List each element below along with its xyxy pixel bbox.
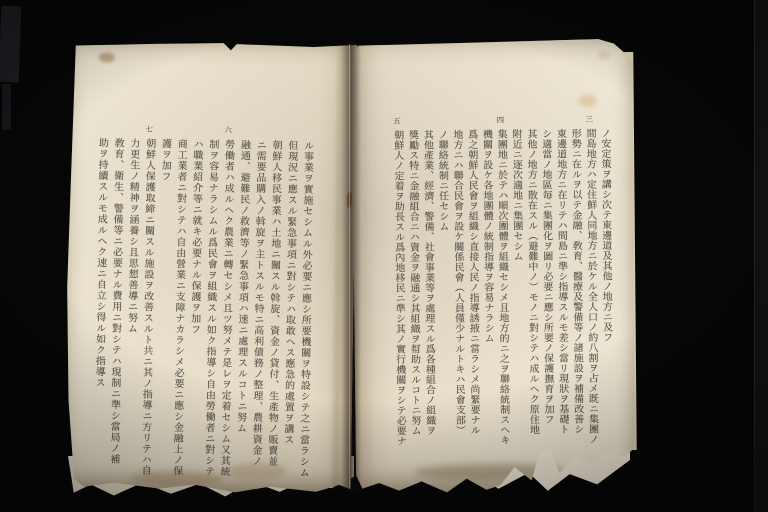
ink-stain <box>99 52 115 62</box>
column-text: ノ安定策ヲ講シ次テ東邊道及其他ノ地方ニ及フ <box>599 128 612 342</box>
text-column: 附近ニ逐次適地ニ集團セシム <box>510 116 523 445</box>
text-column: ノ安定策ヲ講シ次テ東邊道及其他ノ地方ニ及フ <box>599 115 612 444</box>
text-column: 護ヲ加フ <box>155 125 170 476</box>
book-photo: ル事業ヲ實施セシムル外必要ニ應シ所要機關ヲ特設シテ之ニ當ラシム但現況ニ應スル緊急… <box>0 0 768 512</box>
text-column: シ適當ノ地區毎ニ集團化ヲ圖リ必要ニ應シ所要ノ保護撫育ヲ加フ <box>540 116 553 445</box>
column-text: 制ヲ容易ナラシムル爲民會ヲ組織スル如ク指導シ自由勞働者ニ對シテ <box>202 139 218 477</box>
item-number-marker: 三 <box>585 115 593 123</box>
left-page: ル事業ヲ實施セシムル外必要ニ應シ所要機關ヲ特設シテ之ニ當ラシム但現況ニ應スル緊急… <box>61 40 357 494</box>
text-column: 其他產業、經濟、警備、社會事業等ヲ處理スル爲各種組合ノ組織ヲ <box>421 117 434 446</box>
text-column: 獎勵ス特ニ金融組合ニハ資金ヲ融通シ其組織ヲ幇助スルコトニ努ム <box>406 117 419 446</box>
background-frame-glint <box>0 6 21 83</box>
text-column: 機關ヲ設ケ各地團體ノ統制指導ヲ容易ナラシム <box>480 116 493 445</box>
column-text: ル事業ヲ實施セシムル外必要ニ應シ所要機關ヲ特設シテ之ニ當ラシム <box>297 140 313 478</box>
column-text: 朝鮮人移民事業ハ土地ニ關スル斡旋、資金ノ貸付、生產物ノ販賣並 <box>266 140 282 467</box>
column-text: 商工業者ニ對シテハ自由營業ニ支障ナカラシメ必要ニ應シ金融上ノ保 <box>171 139 187 477</box>
column-text: ニ需要品購入ノ斡旋ヲ主トスルモ特ニ高利債務ノ整理、農耕資金ノ <box>250 140 266 467</box>
column-text: 附近ニ逐次適地ニ集團セシム <box>510 129 522 262</box>
column-text: 機關ヲ設ケ各地團體ノ統制指導ヲ容易ナラシム <box>480 129 493 343</box>
column-text: 間島地方ハ定住鮮人同地方ニ於ケル全人口ノ約八割ヲ占メ既ニ集團ノ <box>584 128 598 444</box>
text-column: 三間島地方ハ定住鮮人同地方ニ於ケル全人口ノ約八割ヲ占メ既ニ集團ノ <box>584 115 597 444</box>
fold-crease <box>332 44 345 494</box>
column-text: 獎勵ス特ニ金融組合ニハ資金ヲ融通シ其組織ヲ幇助スルコトニ努ム <box>406 130 420 436</box>
column-text: 敎育、衛生、警備等ニ必要ナル費用ニ對シテハ現制ニ準シ當局ノ補 <box>108 138 124 465</box>
right-page-text: ノ安定策ヲ講シ次テ東邊道及其他ノ地方ニ及フ三間島地方ハ定住鮮人同地方ニ於ケル全人… <box>387 115 612 446</box>
column-text: 爲之朝鮮人民會ヲ組織シ直接人民ノ指導誘掖ニ當ラシメ尚緊要ナル <box>466 129 480 435</box>
text-column: ル事業ヲ實施セシムル外必要ニ應シ所要機關ヲ特設シテ之ニ當ラシム <box>297 127 312 478</box>
item-number-marker: 七 <box>145 125 153 133</box>
text-column: 東邊道地方ニ在リテハ間島ニ準シ指導スルモ差シ當リ現狀ヲ基礎ト <box>554 115 567 444</box>
column-text: 其他ノ地方ニ散在スル（避難中ノ）モノニ對シテハ成ルヘク原住地 <box>525 129 539 435</box>
text-column: 融通、避難民ノ救濟等ノ緊急事項ハ速ニ處理スルコトニ努ム <box>234 126 249 477</box>
column-text: 地方ニハ聯合民會ヲ設ケ關係民會（人員僅少ナルトキハ民會支部） <box>451 129 465 435</box>
text-column: 六勞働者ハ成ルヘク農業ニ轉セシメ且ツ努メテ是レヲ定着セシム又其統 <box>218 126 233 477</box>
text-column: ハ職業紹介等ニ就キ必要ナル保護ヲ加フ <box>186 126 201 477</box>
text-column: 朝鮮人移民事業ハ土地ニ關スル斡旋、資金ノ貸付、生產物ノ販賣並 <box>265 127 280 478</box>
text-column: 七朝鮮人保護取締ニ關スル施設ヲ改善スルト共ニ其ノ指導ニ方リテハ自 <box>139 125 154 476</box>
text-column: 五朝鮮人ノ定着ヲ助長スル爲內地移民ニ準シ其ノ實行機關ヲシテ必要ナ <box>392 117 405 446</box>
text-column: ニ需要品購入ノ斡旋ヲ主トスルモ特ニ高利債務ノ整理、農耕資金ノ <box>250 127 265 478</box>
rust-spot <box>347 192 352 208</box>
column-text: 集團地ニ於テハ順次團體ヲ組織セシメ且地方的ニ之ヲ聯絡統制スヘキ <box>495 129 509 445</box>
column-text: 融通、避難民ノ救濟等ノ緊急事項ハ速ニ處理スルコトニ努ム <box>234 139 249 433</box>
column-text: 助ヲ持續スルモ成ルヘク速ニ自立シ得ル如ク指導ス <box>93 137 107 388</box>
text-column: 商工業者ニ對シテハ自由營業ニ支障ナカラシメ必要ニ應シ金融上ノ保 <box>171 126 186 477</box>
item-number-marker: 五 <box>393 117 401 125</box>
column-text: シ適當ノ地區毎ニ集團化ヲ圖リ必要ニ應シ所要ノ保護撫育ヲ加フ <box>540 128 554 424</box>
foxing-stain <box>579 94 597 107</box>
left-page-text: ル事業ヲ實施セシムル外必要ニ應シ所要機關ヲ特設シテ之ニ當ラシム但現況ニ應スル緊急… <box>86 124 312 478</box>
column-text: 但現況ニ應スル緊急事項ニ對シテハ取敢ヘス應急的處置ヲ講ス <box>282 140 297 445</box>
text-column: 助ヲ持續スルモ成ルヘク速ニ自立シ得ル如ク指導ス <box>92 124 107 475</box>
text-column: 其他ノ地方ニ散在スル（避難中ノ）モノニ對シテハ成ルヘク原住地 <box>525 116 538 445</box>
column-text: 朝鮮人ノ定着ヲ助長スル爲內地移民ニ準シ其ノ實行機關ヲシテ必要ナ <box>392 130 406 446</box>
column-text: 其他產業、經濟、警備、社會事業等ヲ處理スル爲各種組合ノ組織ヲ <box>421 130 435 436</box>
text-column: 制ヲ容易ナラシムル爲民會ヲ組織スル如ク指導シ自由勞働者ニ對シテ <box>202 126 217 477</box>
background-frame-glint <box>2 84 11 130</box>
column-text: ノ聯絡統制ニ任セシム <box>436 129 448 231</box>
column-text: 東邊道地方ニ在リテハ間島ニ準シ指導スルモ差シ當リ現狀ヲ基礎ト <box>554 128 568 434</box>
text-column: 但現況ニ應スル緊急事項ニ對シテハ取敢ヘス應急的處置ヲ講ス <box>281 127 296 478</box>
text-column: 四集團地ニ於テハ順次團體ヲ組織セシメ且地方的ニ之ヲ聯絡統制スヘキ <box>495 116 508 445</box>
column-text: 力更生ノ精神ヲ涵養シ且思想善導ニ努ム <box>125 138 139 334</box>
text-column: 地方ニハ聯合民會ヲ設ケ關係民會（人員僅少ナルトキハ民會支部） <box>451 116 464 445</box>
text-column: 力更生ノ精神ヲ涵養シ且思想善導ニ努ム <box>123 125 138 476</box>
text-column: 形勢ニ在ルヲ以テ金融、敎育、醫療及警備等ノ諸施設ヲ補備改善シ <box>569 115 582 444</box>
item-number-marker: 六 <box>224 126 232 134</box>
column-text: 護ヲ加フ <box>159 138 171 182</box>
foxing-stain <box>598 51 610 59</box>
column-text: 形勢ニ在ルヲ以テ金融、敎育、醫療及警備等ノ諸施設ヲ補備改善シ <box>569 128 583 434</box>
text-column: ノ聯絡統制ニ任セシム <box>436 116 449 445</box>
right-page: ノ安定策ヲ講シ次テ東邊道及其他ノ地方ニ及フ三間島地方ハ定住鮮人同地方ニ於ケル全人… <box>350 39 636 493</box>
background-frame-edge <box>754 0 768 512</box>
text-column: 敎育、衛生、警備等ニ必要ナル費用ニ對シテハ現制ニ準シ當局ノ補 <box>108 125 123 476</box>
item-number-marker: 四 <box>496 116 504 124</box>
text-column: 爲之朝鮮人民會ヲ組織シ直接人民ノ指導誘掖ニ當ラシメ尚緊要ナル <box>466 116 479 445</box>
column-text: 朝鮮人保護取締ニ關スル施設ヲ改善スルト共ニ其ノ指導ニ方リテハ自 <box>139 138 155 476</box>
column-text: ハ職業紹介等ニ就キ必要ナル保護ヲ加フ <box>188 139 202 335</box>
column-text: 勞働者ハ成ルヘク農業ニ轉セシメ且ツ努メテ是レヲ定着セシム又其統 <box>218 139 234 477</box>
